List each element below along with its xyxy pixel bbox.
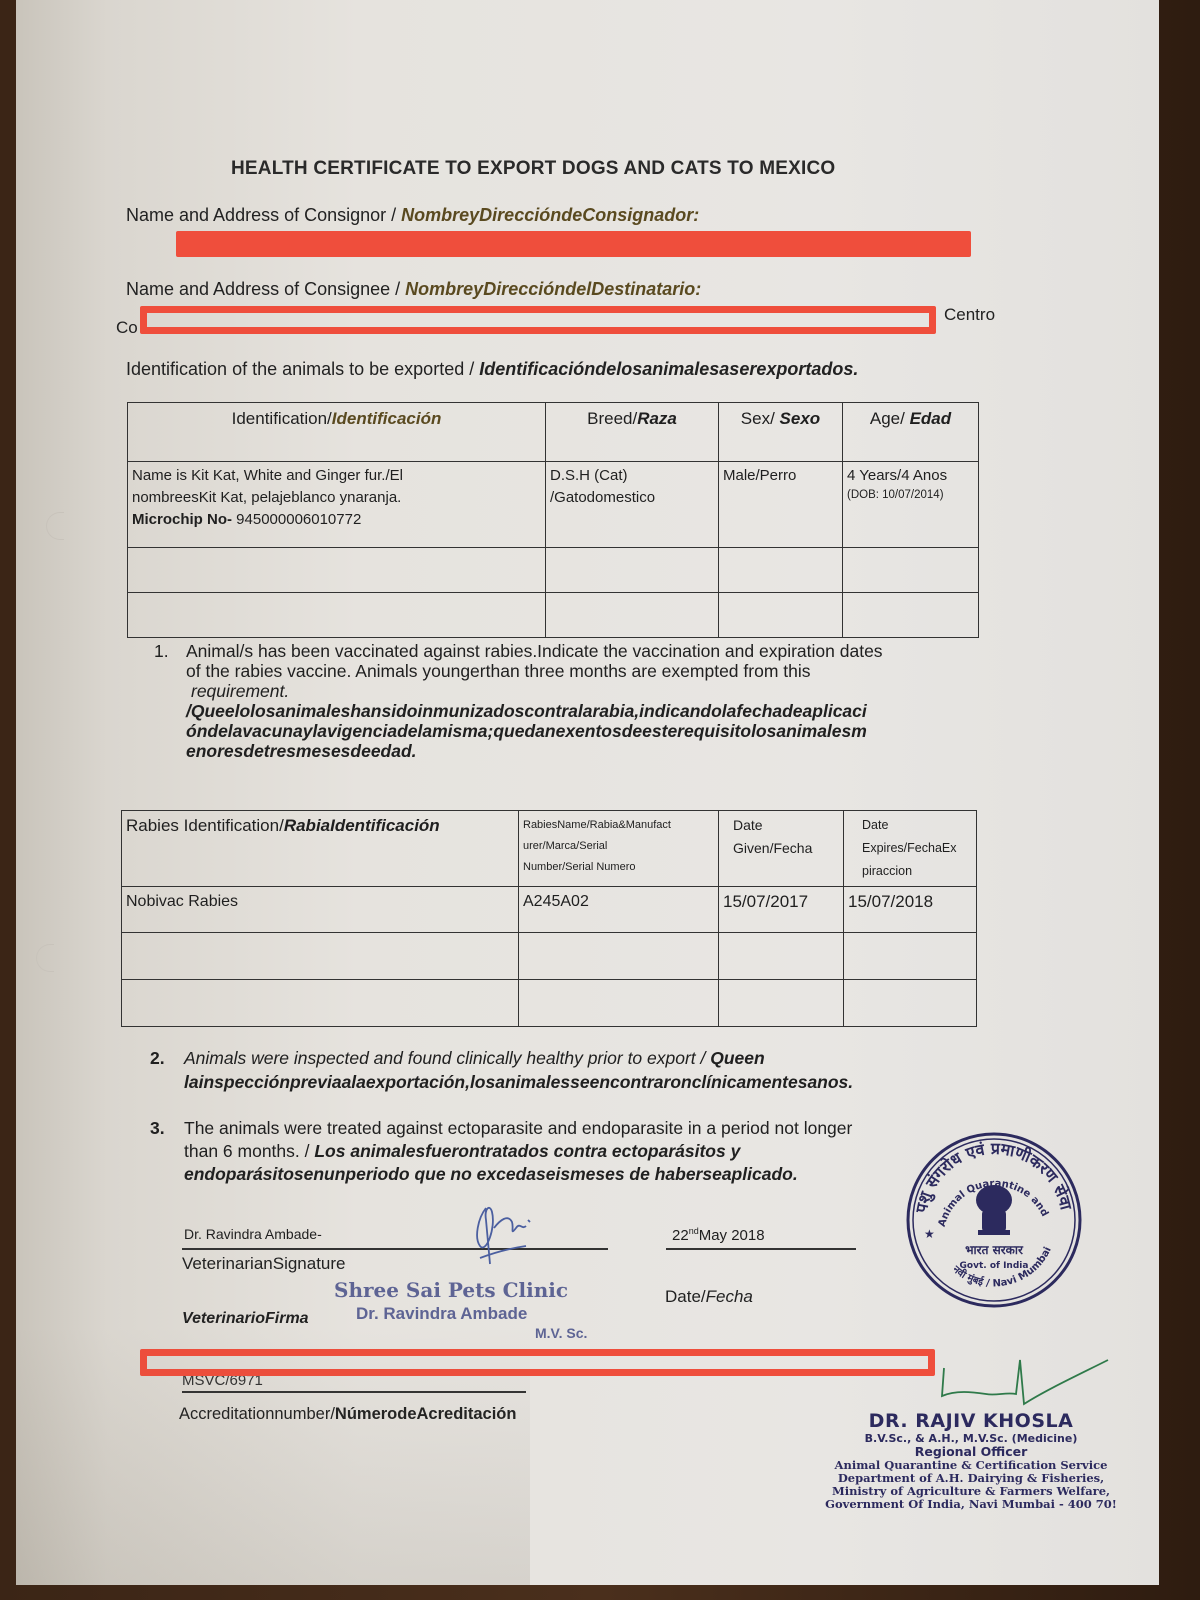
clinic-stamp-qualification: M.V. Sc.: [535, 1325, 587, 1341]
date-line: [666, 1248, 856, 1250]
microchip-number: Microchip No- 945000006010772: [132, 509, 541, 531]
clause-1-number: 1.: [154, 641, 169, 661]
animal-age-cell: 4 Years/4 Anos (DOB: 10/07/2014): [843, 462, 979, 548]
clause-3-number: 3.: [150, 1118, 165, 1138]
header-breed: Breed/Raza: [546, 403, 719, 462]
table-row-empty: [128, 548, 979, 593]
officer-stamp: DR. RAJIV KHOSLA B.V.Sc., & A.H., M.V.Sc…: [816, 1410, 1126, 1511]
clause-1-text: Animal/s has been vaccinated against rab…: [186, 641, 1026, 761]
consignee-address-suffix: Centro: [944, 305, 995, 325]
table-row-empty: [128, 593, 979, 638]
rabies-serial-number: A245A02: [519, 887, 719, 933]
consignor-label: Name and Address of Consignor / NombreyD…: [126, 205, 699, 226]
officer-signature-icon: [936, 1356, 1116, 1416]
clinic-stamp-name: Shree Sai Pets Clinic: [334, 1278, 568, 1302]
animals-table-header: Identification/Identificación Breed/Raza…: [128, 403, 979, 462]
header-date-given: Date Given/Fecha: [719, 811, 844, 887]
date-label: Date/Fecha: [665, 1287, 753, 1307]
official-seal-icon: पशु संगरोध एवं प्रमाणीकरण सेवा Animal Qu…: [904, 1130, 1084, 1310]
table-row: Name is Kit Kat, White and Ginger fur./E…: [128, 462, 979, 548]
animals-table: Identification/Identificación Breed/Raza…: [127, 402, 979, 638]
officer-name: DR. RAJIV KHOSLA: [816, 1410, 1126, 1432]
identification-intro: Identification of the animals to be expo…: [126, 359, 858, 380]
consignee-address-redaction: [140, 306, 936, 334]
accreditation-line: [182, 1391, 526, 1393]
clause-3-text: The animals were treated against ectopar…: [184, 1118, 852, 1184]
paper-hole-mark: [36, 944, 54, 972]
accreditation-number: MSVC/6971: [182, 1372, 263, 1389]
certificate-date: 22ndMay 2018: [672, 1226, 765, 1244]
certificate-paper: HEALTH CERTIFICATE TO EXPORT DOGS AND CA…: [16, 0, 1159, 1585]
vet-name: Dr. Ravindra Ambade-: [184, 1226, 322, 1242]
animal-sex-cell: Male/Perro: [719, 462, 843, 548]
animal-breed-cell: D.S.H (Cat) /Gatodomestico: [546, 462, 719, 548]
table-row-empty: [122, 933, 977, 980]
clause-2-text: Animals were inspected and found clinica…: [184, 1048, 853, 1092]
accreditation-label: Accreditationnumber/NúmerodeAcreditación: [179, 1405, 516, 1424]
header-sex: Sex/ Sexo: [719, 403, 843, 462]
consignor-address-redaction: [176, 231, 971, 257]
vet-signature-label-es: VeterinarioFirma: [182, 1310, 309, 1328]
header-date-expires: Date Expires/FechaEx piraccion: [844, 811, 977, 887]
certificate-title: HEALTH CERTIFICATE TO EXPORT DOGS AND CA…: [231, 158, 835, 180]
svg-text:★: ★: [924, 1227, 935, 1241]
rabies-vaccine-name: Nobivac Rabies: [122, 887, 519, 933]
rabies-table-header: Rabies Identification/RabiaIdentificació…: [122, 811, 977, 887]
clinic-stamp-doctor: Dr. Ravindra Ambade: [356, 1304, 527, 1324]
header-rabies-identification: Rabies Identification/RabiaIdentificació…: [122, 811, 519, 887]
consignee-address-prefix: Co: [116, 318, 138, 338]
header-identification: Identification/Identificación: [128, 403, 546, 462]
consignee-label: Name and Address of Consignee / NombreyD…: [126, 279, 701, 300]
header-rabies-name: RabiesName/Rabia&Manufact urer/Marca/Ser…: [519, 811, 719, 887]
animal-identification-cell: Name is Kit Kat, White and Ginger fur./E…: [128, 462, 546, 548]
vet-signature-label: VeterinarianSignature: [182, 1254, 346, 1274]
clinic-address-redaction: [140, 1349, 935, 1376]
animal-dob: (DOB: 10/07/2014): [847, 487, 974, 504]
rabies-date-expires: 15/07/2018: [844, 887, 977, 933]
svg-text:भारत सरकार: भारत सरकार: [965, 1243, 1024, 1257]
vet-signature-icon: [456, 1198, 566, 1270]
clause-2-number: 2.: [150, 1048, 165, 1068]
paper-hole-mark: [46, 512, 64, 540]
table-row-empty: [122, 980, 977, 1027]
table-row: Nobivac Rabies A245A02 15/07/2017 15/07/…: [122, 887, 977, 933]
rabies-date-given: 15/07/2017: [719, 887, 844, 933]
svg-text:Govt. of India: Govt. of India: [960, 1261, 1029, 1271]
header-age: Age/ Edad: [843, 403, 979, 462]
rabies-table: Rabies Identification/RabiaIdentificació…: [121, 810, 977, 1027]
